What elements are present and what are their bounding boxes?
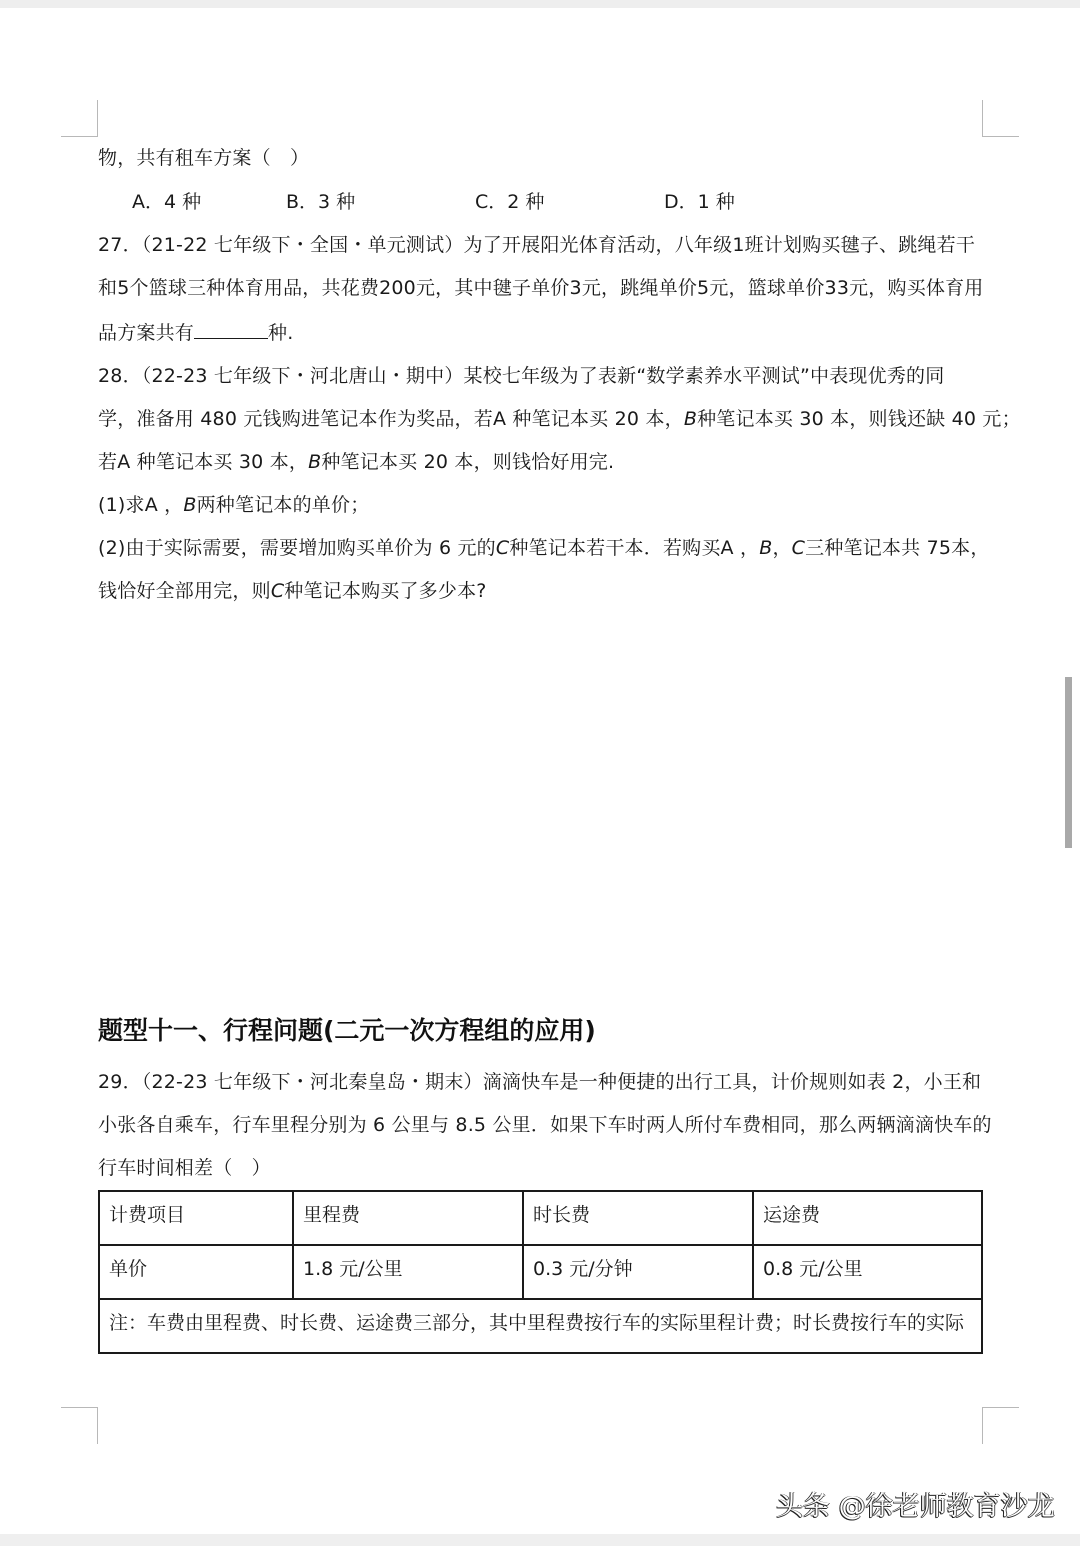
q29-line-2: 小张各自乘车，行车里程分别为 6 公里与 8.5 公里．如果下车时两人所付车费相… — [98, 1113, 992, 1137]
q28-line-3: 若A 种笔记本买 30 本，B种笔记本买 20 本，则钱恰好用完. — [98, 450, 614, 474]
q27-line-3-prefix: 品方案共有 — [98, 322, 194, 344]
option-d[interactable]: D．1 种 — [664, 190, 735, 214]
separator: ， — [772, 537, 791, 559]
q28-line-3-text-c: 种笔记本买 20 本，则钱恰好用完. — [321, 451, 614, 473]
q28-line-2-text-c: 种笔记本买 30 本，则钱还缺 40 元； — [697, 408, 1021, 430]
page-corner-mark-top-left — [61, 100, 98, 137]
q28-line-1: 28．（22-23 七年级下・河北唐山・期中）某校七年级为了表新“数学素养水平测… — [98, 364, 944, 388]
option-b[interactable]: B．3 种 — [286, 190, 355, 214]
q28-part-2-text-b: 种笔记本若干本．若购买A ， — [509, 537, 759, 559]
vertical-scrollbar-thumb[interactable] — [1065, 677, 1072, 848]
variable-b: B — [759, 537, 772, 559]
q28-part-2-line-2-text-b: 种笔记本购买了多少本? — [284, 580, 486, 602]
q27-line-3-suffix: 种. — [268, 322, 293, 344]
q27-line-1: 27．（21-22 七年级下・全国・单元测试）为了开展阳光体育活动，八年级1班计… — [98, 233, 975, 257]
page-corner-mark-top-right — [982, 100, 1019, 137]
q28-part-2-line-2: 钱恰好全部用完，则C种笔记本购买了多少本? — [98, 579, 487, 603]
variable-b: B — [183, 494, 196, 516]
table-note-row: 注：车费由里程费、时长费、运途费三部分，其中里程费按行车的实际里程计费；时长费按… — [99, 1299, 982, 1353]
page-corner-mark-bottom-right — [982, 1407, 1019, 1444]
table-cell: 运途费 — [753, 1191, 982, 1245]
q27-line-3: 品方案共有种. — [98, 320, 293, 345]
q28-line-2-text-a: 学，准备用 480 元钱购进笔记本作为奖品，若A 种笔记本买 20 本， — [98, 408, 684, 430]
variable-c: C — [792, 537, 805, 559]
question-continuation-line: 物，共有租车方案（ ） — [98, 146, 309, 170]
q28-line-3-text-a: 若A 种笔记本买 30 本， — [98, 451, 308, 473]
q28-part-2-text-a: (2)由于实际需要，需要增加购买单价为 6 元的 — [98, 537, 496, 559]
watermark: 头条 @徐老师教育沙龙 — [776, 1490, 1055, 1524]
page-corner-mark-bottom-left — [61, 1407, 98, 1444]
table-header-row: 计费项目 里程费 时长费 运途费 — [99, 1191, 982, 1245]
q28-part-1-text-c: 两种笔记本的单价； — [197, 494, 370, 516]
table-row: 单价 1.8 元/公里 0.3 元/分钟 0.8 元/公里 — [99, 1245, 982, 1299]
section-title: 题型十一、行程问题(二元一次方程组的应用) — [98, 1014, 596, 1048]
variable-c: C — [496, 537, 509, 559]
table-cell: 0.8 元/公里 — [753, 1245, 982, 1299]
q28-part-1-text-a: (1)求A ， — [98, 494, 183, 516]
variable-b: B — [308, 451, 321, 473]
table-cell: 里程费 — [293, 1191, 523, 1245]
variable-c: C — [271, 580, 284, 602]
table-cell: 1.8 元/公里 — [293, 1245, 523, 1299]
table-cell: 计费项目 — [99, 1191, 293, 1245]
q28-part-1: (1)求A ，B两种笔记本的单价； — [98, 493, 369, 517]
bottom-chrome-bar — [0, 1534, 1080, 1546]
q28-part-2-line-2-text-a: 钱恰好全部用完，则 — [98, 580, 271, 602]
table-cell: 单价 — [99, 1245, 293, 1299]
q28-part-2-text-c: 三种笔记本共 75本， — [805, 537, 989, 559]
table-cell: 0.3 元/分钟 — [523, 1245, 753, 1299]
top-chrome-bar — [0, 0, 1080, 8]
table-cell: 时长费 — [523, 1191, 753, 1245]
q28-line-2: 学，准备用 480 元钱购进笔记本作为奖品，若A 种笔记本买 20 本，B种笔记… — [98, 407, 1021, 431]
fare-table: 计费项目 里程费 时长费 运途费 单价 1.8 元/公里 0.3 元/分钟 0.… — [98, 1190, 983, 1354]
option-c[interactable]: C．2 种 — [475, 190, 544, 214]
q27-answer-blank — [194, 320, 268, 339]
variable-b: B — [684, 408, 697, 430]
option-a[interactable]: A．4 种 — [132, 190, 201, 214]
answer-options: A．4 种 B．3 种 C．2 种 D．1 种 — [98, 190, 798, 214]
q27-line-2: 和5个篮球三种体育用品，共花费200元，其中毽子单价3元，跳绳单价5元，篮球单价… — [98, 276, 984, 300]
q29-line-1: 29．（22-23 七年级下・河北秦皇岛・期末）滴滴快车是一种便捷的出行工具，计… — [98, 1070, 981, 1094]
q29-line-3: 行车时间相差（ ） — [98, 1156, 271, 1180]
q28-part-2-line-1: (2)由于实际需要，需要增加购买单价为 6 元的C种笔记本若干本．若购买A ，B… — [98, 536, 990, 560]
table-note: 注：车费由里程费、时长费、运途费三部分，其中里程费按行车的实际里程计费；时长费按… — [99, 1299, 982, 1353]
